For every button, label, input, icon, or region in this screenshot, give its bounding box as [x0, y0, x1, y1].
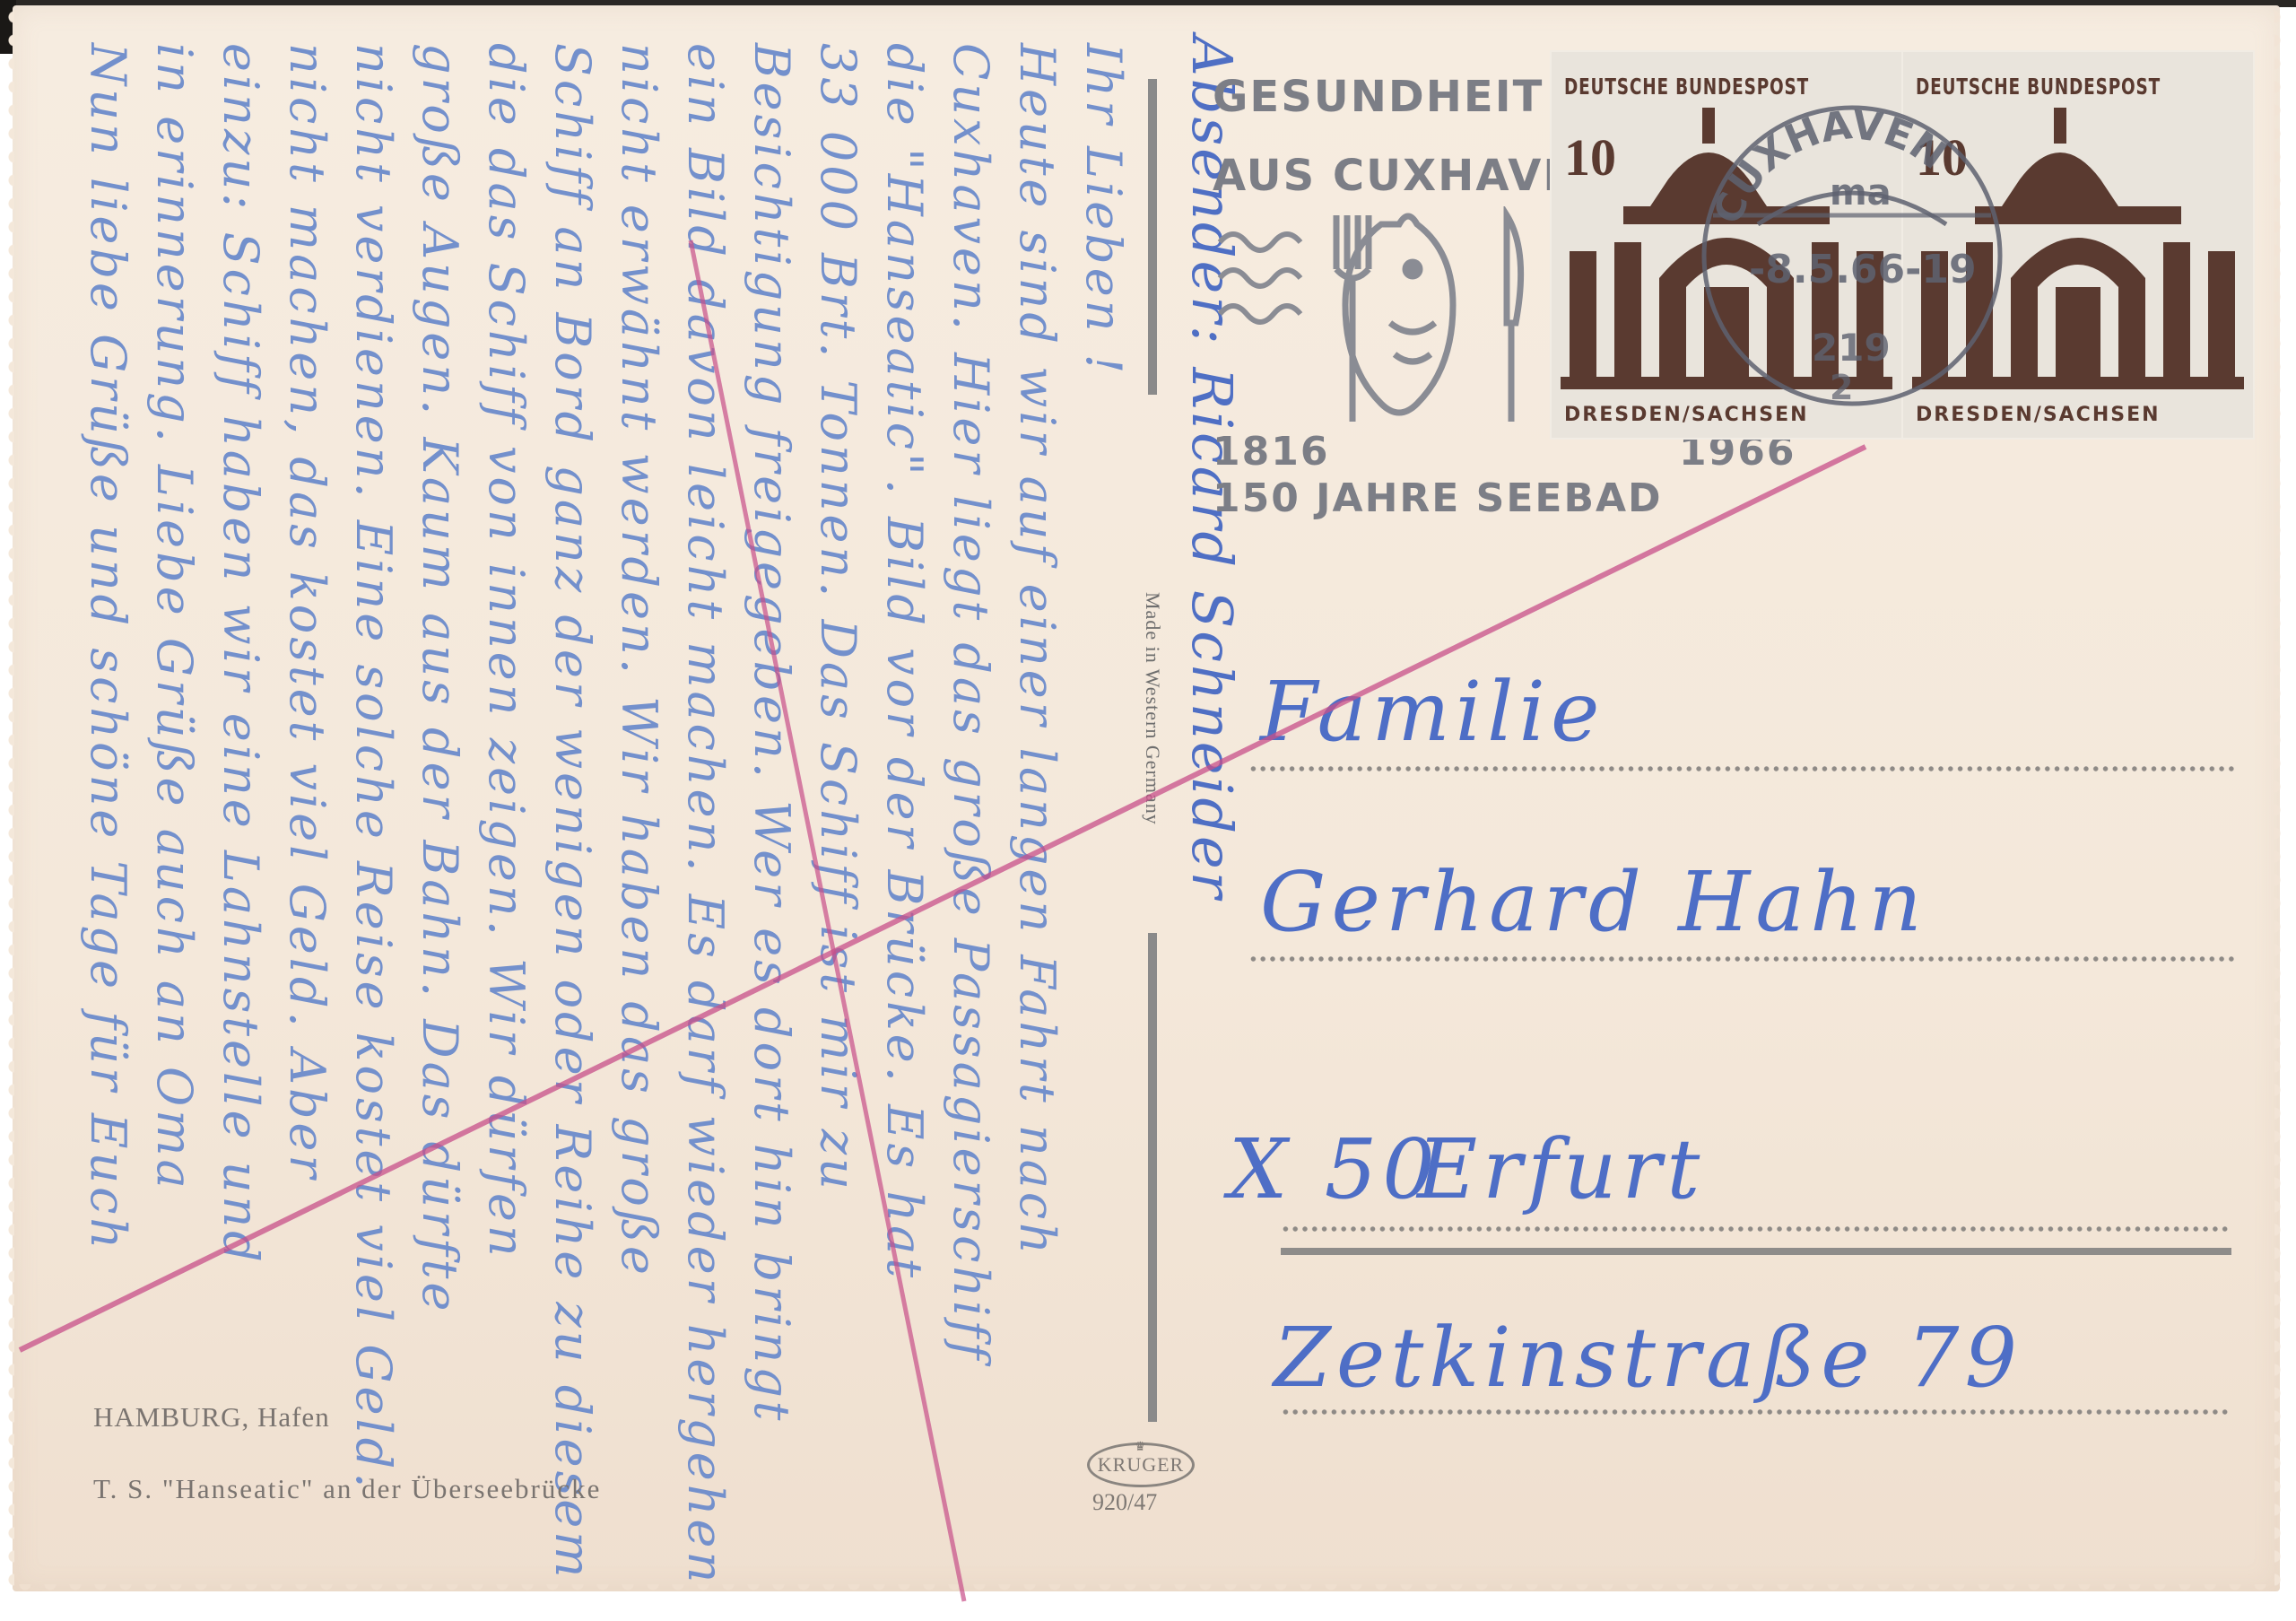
message-column: nicht machen, das kostet viel Geld. Aber [279, 43, 335, 1181]
address-postcode: X 50 [1229, 1121, 1440, 1217]
address-line-2: Gerhard Hahn [1260, 854, 1927, 950]
publisher-logo: ♛ KRUGER [1087, 1442, 1195, 1487]
message-column: nicht verdienen. Eine solche Reise koste… [345, 43, 402, 1492]
knife-icon [1507, 215, 1521, 422]
message-column: einzu: Schiff haben wir eine Lahnstelle … [213, 43, 269, 1266]
deckle-edge-right [2274, 5, 2285, 1591]
slogan-year-start: 1816 [1213, 429, 1329, 475]
front-caption-subtitle: T. S. "Hanseatic" an der Überseebrücke [93, 1473, 601, 1505]
dresden-zwinger-gate-icon [1561, 108, 1892, 395]
stamp-country: DEUTSCHE BUNDESPOST [1564, 74, 1809, 100]
fish-icon [1345, 216, 1453, 413]
waves-icon [1220, 234, 1300, 322]
message-column: Heute sind wir auf einer langen Fahrt na… [1009, 43, 1065, 1258]
front-caption-title: HAMBURG, Hafen [93, 1401, 330, 1434]
divider-line [1148, 79, 1157, 395]
stamp-country: DEUTSCHE BUNDESPOST [1916, 74, 2161, 100]
message-column: in erinnerung. Liebe Grüße auch an Oma [146, 43, 203, 1192]
address-dotted-line [1281, 1409, 2231, 1415]
stamp-caption: DRESDEN/SACHSEN [1916, 404, 2161, 426]
address-dotted-line [1248, 956, 2235, 962]
made-in-label: Made in Western Germany [1141, 592, 1164, 1130]
card-number: 920/47 [1092, 1489, 1157, 1516]
slogan-line-1: GESUNDHEIT [1213, 72, 1544, 122]
crown-icon: ♛ [1135, 1440, 1147, 1455]
postage-stamp: DEUTSCHE BUNDESPOST 10 DRESDEN/SACHSEN [1552, 52, 1901, 438]
message-column: Cuxhaven. Hier liegt das große Passagier… [943, 43, 999, 1363]
deckle-edge-bottom [13, 1584, 2280, 1597]
address-line-1: Familie [1260, 664, 1605, 760]
message-column: die das Schiff von innen zeigen. Wir dür… [478, 43, 535, 1260]
message-column: große Augen. Kaum aus der Bahn. Das dürf… [412, 43, 468, 1314]
address-city-rule [1281, 1248, 2231, 1255]
message-column: Ihr Lieben ! [1075, 43, 1132, 377]
stamp-caption: DRESDEN/SACHSEN [1564, 404, 1809, 426]
postage-stamp: DEUTSCHE BUNDESPOST 10 DRESDEN/SACHSEN [1903, 52, 2253, 438]
message-column: nicht erwähnt werden. Wir haben das groß… [611, 43, 667, 1278]
dresden-zwinger-gate-icon [1912, 108, 2244, 395]
message-column: ein Bild davon leicht machen. Es darf wi… [677, 43, 734, 1586]
address-dotted-line [1248, 766, 2235, 771]
message-column: Schiff an Bord ganz der wenigen oder Rei… [544, 43, 601, 1582]
message-column: Nun liebe Grüße und schöne Tage für Euch [80, 43, 136, 1252]
address-dotted-line [1281, 1226, 2231, 1232]
message-column: Besichtigung freigegeben. Wer es dort hi… [744, 43, 800, 1425]
publisher-name: KRUGER [1098, 1453, 1184, 1477]
message-column: die "Hanseatic". Bild vor der Brücke. Es… [876, 43, 933, 1281]
address-street: Zetkinstraße 79 [1274, 1310, 2022, 1406]
message-column: 33 000 Brt. Tonnen. Das Schiff ist mir z… [810, 43, 866, 1193]
slogan-artwork [1211, 206, 1587, 431]
slogan-line-4: 150 JAHRE SEEBAD [1213, 475, 1663, 521]
deckle-edge-left [5, 5, 14, 1591]
address-city: Erfurt [1417, 1121, 1705, 1217]
